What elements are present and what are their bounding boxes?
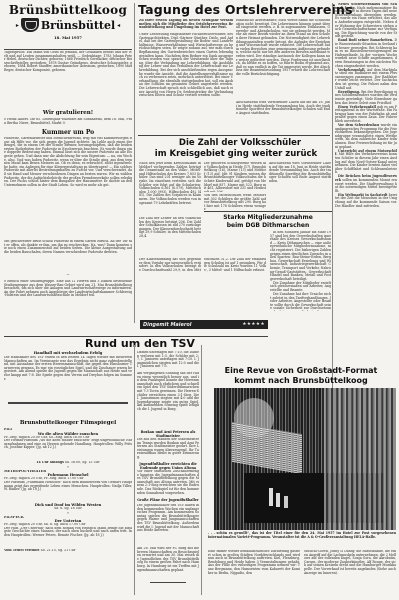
tsv-handball-text-3: Am vergangenen Sonntag sah der Hafen ein… — [137, 372, 199, 428]
school-article-col2-c: Der Klassenumfang hat sich gegenüber dem… — [139, 258, 266, 316]
tsv-tennis-text: Die aus den Händen der Stadtmeister im T… — [137, 438, 199, 460]
tsv-sub-youth-plans: Große Pläne der Jugendfußballer — [137, 498, 199, 502]
school-headline-2: im Kreisgebiet ging weiter zurück — [140, 149, 332, 159]
section-separator: ~ — [4, 272, 132, 277]
local-news-column: Neues Schwesternhaus von Schwedt fertig.… — [335, 3, 397, 408]
news-item: Neues Schwesternhaus von Schwedt fertig.… — [335, 3, 397, 39]
film-listings: Brunsbüttelkooger Filmspiegel FILI Wo di… — [4, 420, 132, 596]
news-item: Unterricht auf einem Motorschiff. Mit Hi… — [335, 150, 397, 175]
teacher-meeting-headline: Tagung des Ortslehrervereins — [138, 2, 328, 17]
revue-article-col2: Musical-Clown, Jonny & Dandy, die Rassel… — [304, 550, 396, 594]
divider — [4, 49, 132, 50]
news-item: Beerdigung. Bei der Beerdigung eines Sch… — [335, 91, 397, 105]
news-item: Verkehrsunfall. Auf dem Marktplatz stieß… — [335, 69, 397, 91]
congratulations-headline: Wir gratulieren! — [4, 110, 132, 116]
tsv-sub-youth-football: Jugendfußballer erreichten die Endrunde … — [137, 462, 199, 470]
tsv-youth-plans-text-2: Am 26. Mai wird der FC Burg mit mehreren… — [137, 547, 199, 579]
ad-stars: ★★★★★ — [242, 322, 265, 327]
school-headline-1: Die Zahl der Volksschüler — [150, 138, 330, 148]
union-headline-2: beim DGB Dithmarschen — [204, 222, 332, 229]
tsv-handball-text-2: Damen unterlagen mit 7:10, die Damen ver… — [137, 351, 199, 371]
news-item: Band Bodi seiner Bauarbeiten. Die Wasser… — [335, 39, 397, 68]
film-listings-headline: Brunsbüttelkooger Filmspiegel — [4, 420, 132, 426]
tsv-sub-handball: Handball mit wechselndem Erfolg — [4, 351, 132, 355]
teacher-meeting-col2: zusätzliche Arbeitskräfte, doch werde da… — [236, 19, 330, 101]
cinema-listing: FILI Wo die alten Wälder rauschen Fr.–Mt… — [4, 428, 132, 470]
masthead: Brünsbüttelkoog ▸ Brünsbüttel ◂ 18. Mai … — [4, 3, 132, 49]
news-item: Die Brücken beim Jugendfeuerwerk sollen … — [335, 175, 397, 193]
cinema-listing: METROPOL-THEATER Fuhrmann Henschel Fr.–M… — [4, 470, 132, 516]
tsv-youth-plans-text: Die Jugendfußballer des TSV haben in den… — [137, 504, 199, 546]
school-article-col1: Nach den jetzt beim Kreisschulamt in Mel… — [139, 162, 201, 216]
divider — [204, 211, 332, 212]
tsv-sub-tennis: Boxkan und Arni Petersen als Stadtmeiste… — [137, 430, 199, 438]
local-news-items: Neues Schwesternhaus von Schwedt fertig.… — [335, 3, 397, 403]
city-coat-of-arms-icon — [21, 18, 39, 32]
union-headline-1: Starke Mitgliederzunahme — [204, 214, 332, 221]
masthead-date: 18. Mai 1957 — [4, 35, 132, 40]
school-article-col1-b: Die Zahl der Lehrer an den Volksschulen … — [139, 217, 201, 257]
column-divider — [201, 345, 202, 595]
school-article-col2: Die größeren Schulsysteme weisen die Vol… — [204, 162, 266, 192]
revue-headline-2: kommt nach Brunsbüttelkoog — [204, 376, 398, 385]
cinema-listing: FILM-ECK Der Untertan Fr.–Mtg. täglich 2… — [4, 516, 132, 553]
tsv-handball-text: Die Handballer des TSV traten in den let… — [4, 356, 132, 400]
masthead-title-bottom: Brünsbüttel — [41, 19, 115, 32]
right-mid-column: Abschließend wies Vorsitzender Laßen auf… — [269, 162, 331, 210]
pianist-photo — [214, 388, 396, 530]
kummer-um-po-text: Pudowitz, Gartenarbeiter und Menschenfre… — [4, 137, 132, 239]
news-item: Vor dem Schwedenbau wurde ein umfangreic… — [335, 124, 397, 149]
kummer-um-po-text-2: Mit geschweifter Brust schloß Pudowitz i… — [4, 240, 132, 272]
divider — [150, 582, 186, 583]
news-item: Ein Weltmarkt in Sackstedt bereitet der … — [335, 194, 397, 208]
column-divider — [134, 3, 135, 323]
tsv-headline: Rund um den TSV — [40, 337, 240, 350]
study-group-text: 0 Besuch einer Studiengruppe. Eine aus 1… — [4, 280, 132, 318]
union-article-body: In den Monaten Januar bis März 1957 sind… — [270, 231, 331, 311]
divider — [8, 402, 128, 404]
congratulations-text: 0 Heinz Ahlers. Ihr 65. Lebensjahr volle… — [4, 118, 132, 128]
column-divider — [134, 345, 135, 595]
revue-headline-1: Eine Revue von Großstadt-Format — [204, 366, 398, 375]
teacher-meeting-col1: Unter Leitstellung eingeladener Fachberi… — [139, 33, 233, 133]
divider — [138, 135, 330, 136]
tsv-youth-football-text: Vor einer stattlichen Zuschauermenge kon… — [137, 470, 199, 496]
news-item: Einen Verkehrsunfall gab es am Freitagab… — [335, 106, 397, 124]
column-divider — [332, 3, 333, 413]
newspaper-page: Brünsbüttelkoog ▸ Brünsbüttel ◂ 18. Mai … — [0, 0, 399, 600]
masthead-title-top: Brünsbüttelkoog — [4, 3, 132, 17]
daily-motto-text: Tagesspruch: Ein Mann von Geist ist jema… — [4, 51, 132, 111]
kummer-um-po-headline: Kummer um Po — [4, 129, 132, 136]
teacher-meeting-lead: Zu ihrer ersten Tagung im neuen Schuljah… — [139, 19, 233, 33]
maierol-ad-banner[interactable]: Dingemit Maierol ★★★★★ — [140, 320, 268, 329]
school-article-col2-b: Von den Mittelschulen weist Meldorf mit … — [204, 194, 266, 210]
photo-caption: . . . schön es gewollt", das ist der Tit… — [208, 532, 396, 548]
revue-article-col1: Eine immer wieder beifallumrauschte Darb… — [208, 550, 300, 594]
ad-text: Dingemit Maierol — [143, 322, 192, 328]
teacher-meeting-col2-end: Abschließend wies Vorsitzender Laßen auf… — [236, 101, 330, 133]
